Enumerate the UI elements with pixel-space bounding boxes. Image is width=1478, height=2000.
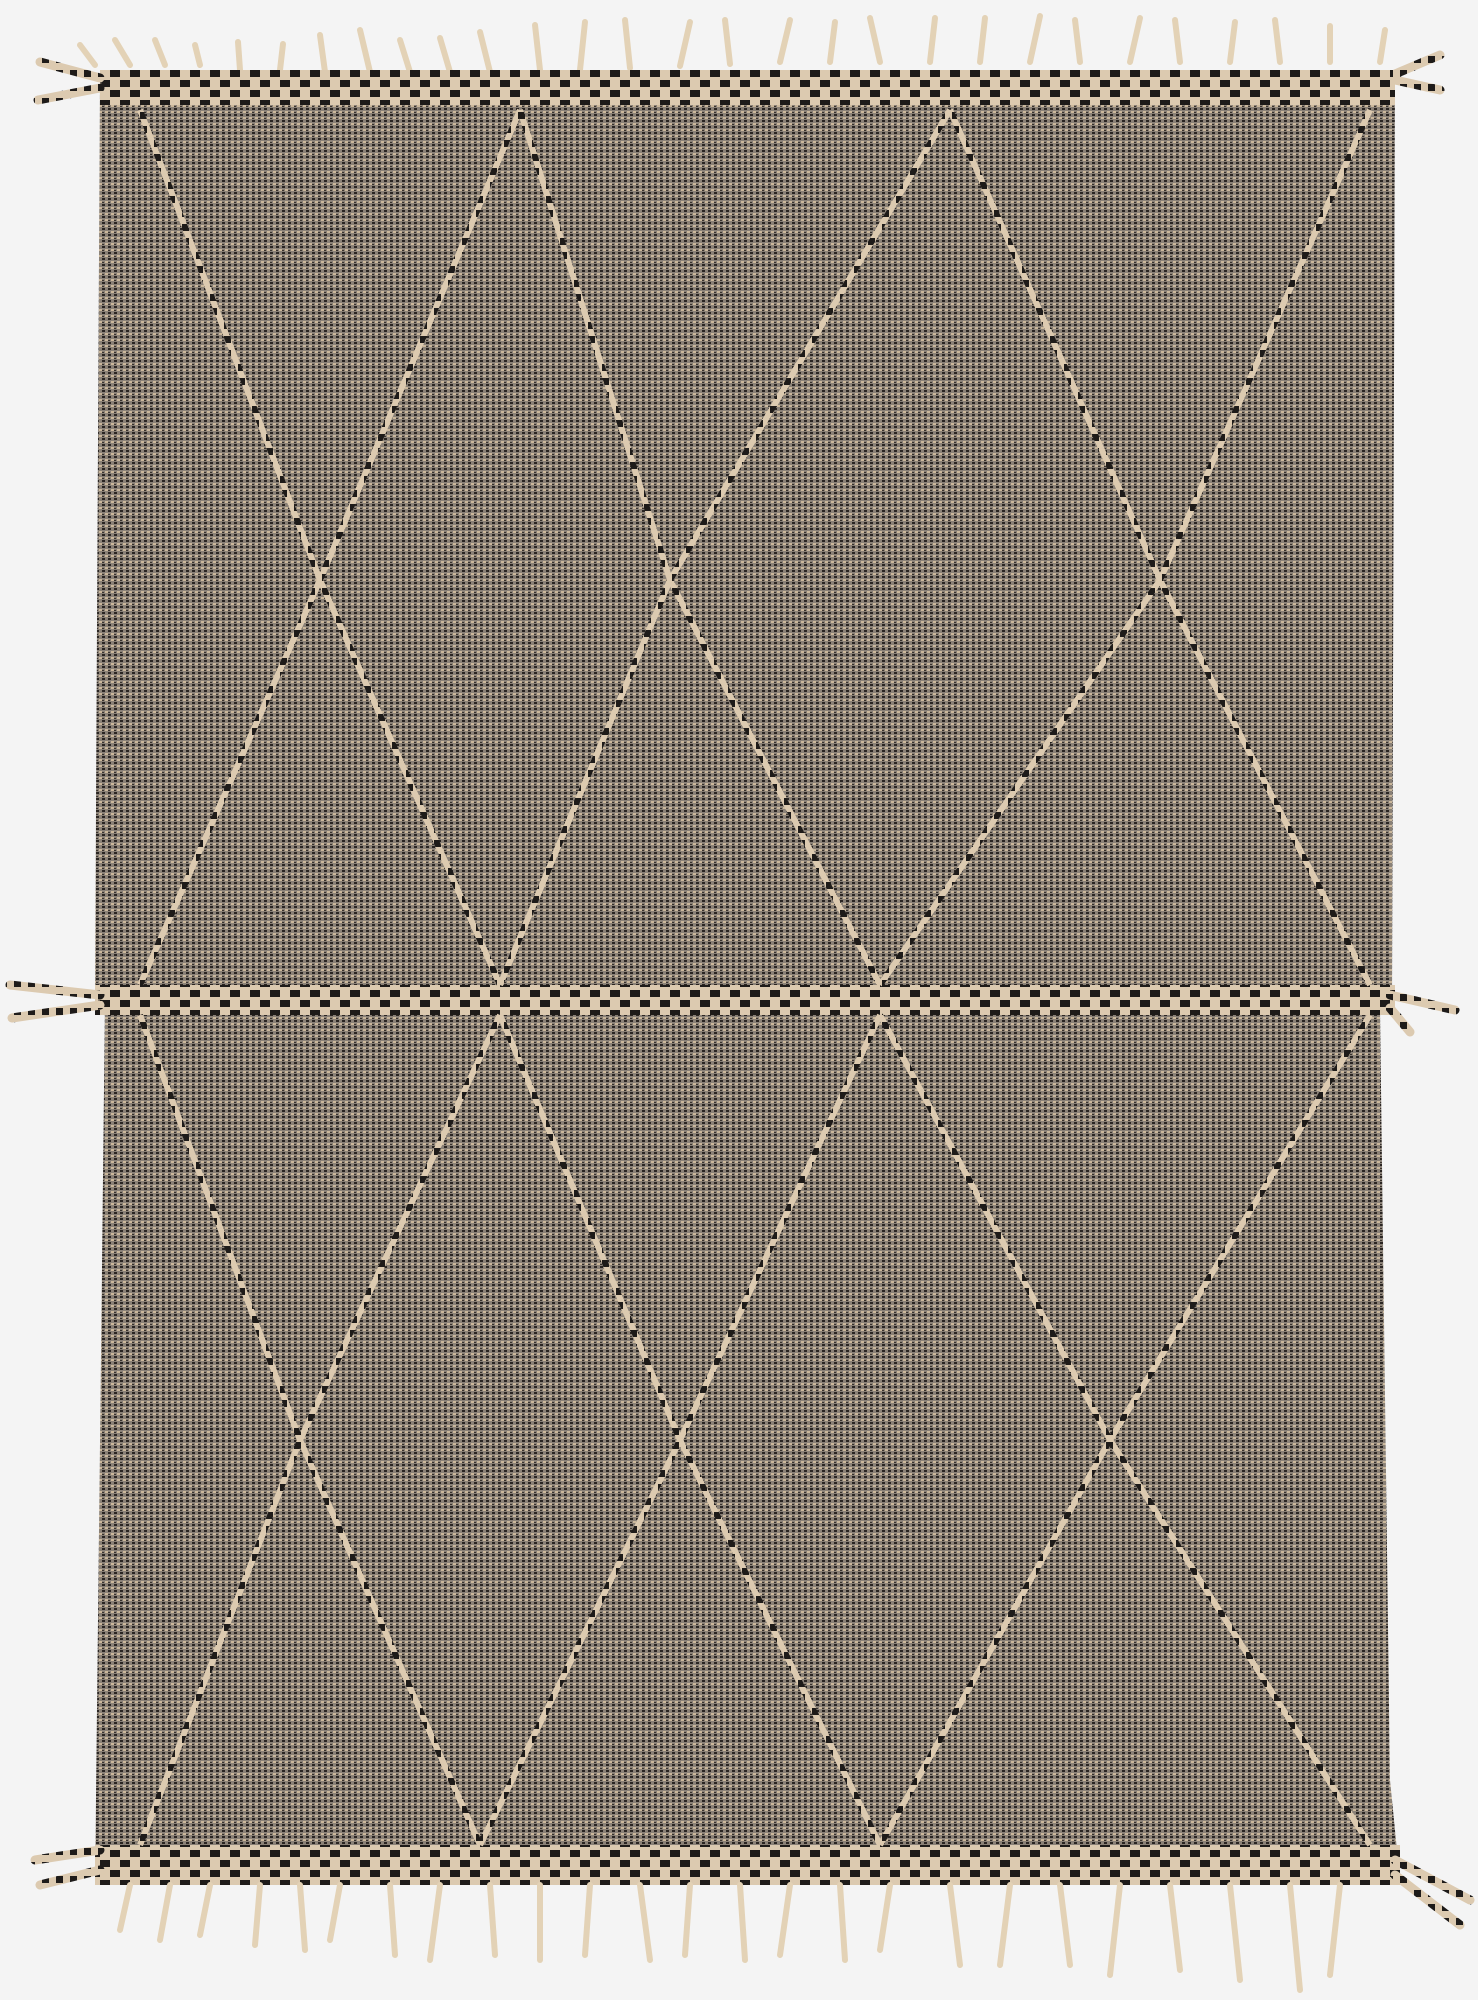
rug-body (95, 70, 1400, 1885)
rug-illustration (0, 0, 1478, 2000)
checker-band-middle (95, 985, 1395, 1015)
fringe-top (80, 16, 1385, 72)
checker-band-bottom (95, 1845, 1400, 1885)
checker-band-top (100, 70, 1395, 105)
rug-photo (0, 0, 1478, 2000)
fringe-bottom (120, 1885, 1340, 1990)
